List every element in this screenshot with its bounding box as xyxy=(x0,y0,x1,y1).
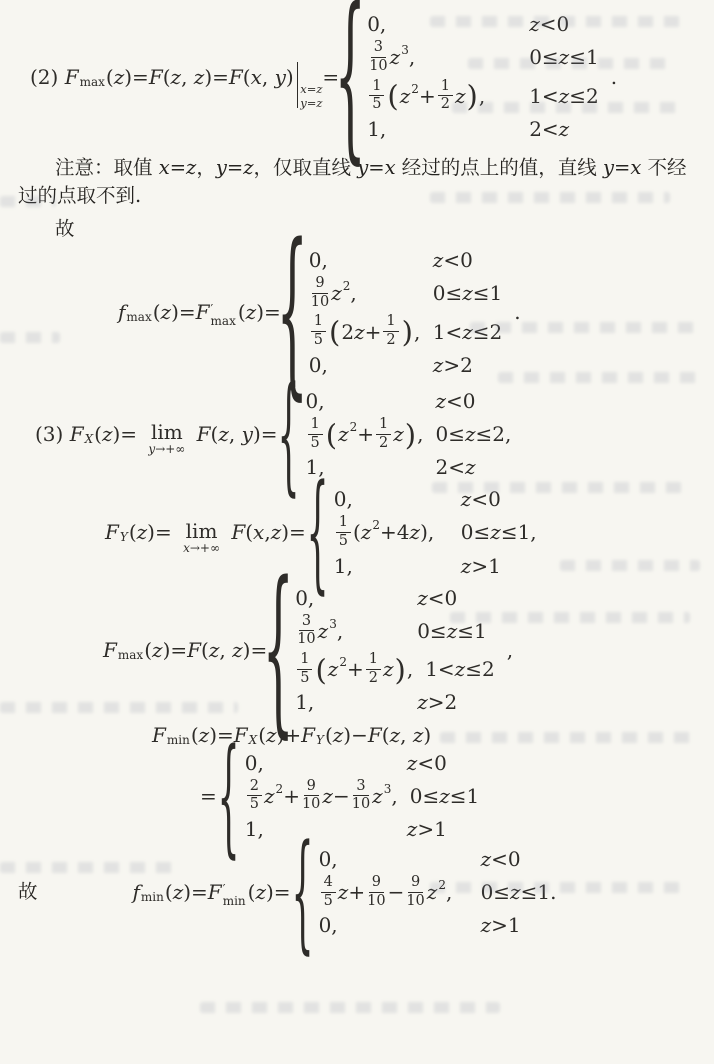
superscript: 2 xyxy=(411,82,419,96)
piecewise-expression: 25z2+910z−310z3, xyxy=(245,779,398,813)
equation-lhs: 注意：取值 x=z，y=z，仅取直线 y=x 经过的点上的值，直线 y=x 不经 xyxy=(55,155,687,181)
piecewise-group: {0,z<015(z2+4z),0≤z≤1,1,z>1 xyxy=(310,485,537,579)
math-text: , xyxy=(407,657,413,681)
math-text: , xyxy=(446,880,452,904)
math-text: z<0 xyxy=(417,586,457,610)
big-paren: ) xyxy=(405,421,416,450)
piecewise-expression: 15(2z+12), xyxy=(309,314,421,348)
subscript: max xyxy=(118,648,143,662)
piecewise-condition: 1<z≤2 xyxy=(425,657,495,681)
equation-tail-punctuation: . xyxy=(611,65,617,89)
piecewise-condition: z<0 xyxy=(529,12,599,36)
subscript: min xyxy=(167,733,190,747)
fraction: 25 xyxy=(247,779,262,813)
math-text: 1, xyxy=(367,117,386,141)
math-text: z xyxy=(338,422,349,446)
big-paren: ( xyxy=(315,656,326,685)
piecewise-row: 0,z>2 xyxy=(309,351,503,379)
math-text: , xyxy=(391,784,397,808)
superscript: 2 xyxy=(350,420,358,434)
math-text: z<0 xyxy=(436,389,476,413)
subscript: Y xyxy=(316,733,324,747)
equation-2-fmax-cdf: (2) Fmax(z)=F(z, z)=F(x, y)x=zy=z={0,z<0… xyxy=(30,10,714,143)
math-text: z<0 xyxy=(529,12,569,36)
math-text: + xyxy=(347,657,364,681)
math-text: F xyxy=(152,723,166,747)
math-text: − xyxy=(388,880,405,904)
big-paren: ) xyxy=(395,656,406,685)
piecewise-rows: 0,z<045z+910−910z2,0≤z≤1.0,z>1 xyxy=(319,845,557,939)
piecewise-expression: 310z3, xyxy=(367,40,517,74)
subscript: Y xyxy=(120,530,128,544)
piecewise-condition: z<0 xyxy=(433,248,503,272)
big-paren: ) xyxy=(402,318,413,347)
math-text: z xyxy=(372,784,383,808)
fraction: 310 xyxy=(352,779,370,813)
big-paren: ( xyxy=(326,421,337,450)
math-text: 0≤z≤1 xyxy=(433,281,503,305)
piecewise-condition: z<0 xyxy=(436,389,512,413)
math-text: 1<z≤2 xyxy=(529,84,599,108)
piecewise-row: 0,z<0 xyxy=(319,845,557,873)
prime-subscript: ′max xyxy=(211,303,236,327)
math-text: z+ xyxy=(338,880,365,904)
piecewise-group: {0,z<045z+910−910z2,0≤z≤1.0,z>1 xyxy=(295,845,557,939)
piecewise-condition: 0≤z≤1 xyxy=(529,45,599,69)
piecewise-expression: 910z2, xyxy=(309,276,421,310)
superscript: 2 xyxy=(438,878,446,892)
math-text: 0, xyxy=(367,12,386,36)
fraction: 15 xyxy=(297,652,312,686)
piecewise-condition: 1<z≤2 xyxy=(433,320,503,344)
equation-fmin-pdf: fmin(z)=F′min(z)={0,z<045z+910−910z2,0≤z… xyxy=(133,845,557,939)
fraction: 12 xyxy=(438,79,453,113)
math-text: z<0 xyxy=(433,248,473,272)
piecewise-expression: 1, xyxy=(245,817,395,841)
fraction: 910 xyxy=(302,779,320,813)
piecewise-expression: 0, xyxy=(319,847,469,871)
piecewise-condition: 1<z≤2 xyxy=(529,84,599,108)
math-text: (z)= xyxy=(94,422,143,446)
piecewise-row: 310z3,0≤z≤1 xyxy=(367,38,599,76)
limit-operator: limx→+∞ xyxy=(183,521,220,555)
piecewise-brace: { xyxy=(343,10,358,143)
piecewise-row: 45z+910−910z2,0≤z≤1. xyxy=(319,873,557,911)
equation-fmax-pdf: fmax(z)=F′max(z)={0,z<0910z2,0≤z≤115(2z+… xyxy=(118,246,714,379)
piecewise-group: {0,z<0310z3,0≤z≤115(z2+12z),1<z≤21,z>2 xyxy=(271,584,495,717)
math-text: z xyxy=(455,84,466,108)
gu-label: 故 xyxy=(18,879,38,905)
math-text: z xyxy=(383,657,394,681)
math-text: 0, xyxy=(319,847,338,871)
math-text: 0, xyxy=(306,389,325,413)
piecewise-condition: z<0 xyxy=(407,751,479,775)
equation-lhs: fmax(z)=F′max(z)= xyxy=(118,300,281,324)
subscript: X xyxy=(249,733,258,747)
piecewise-row: 15(2z+12),1<z≤2 xyxy=(309,312,503,350)
equation-lhs: = xyxy=(200,784,217,808)
piecewise-row: 15(z2+12z),0≤z≤2, xyxy=(306,415,512,453)
math-text: 0≤z≤1. xyxy=(481,880,557,904)
math-text: (z)−F(z, z) xyxy=(325,723,431,747)
piecewise-condition: 0≤z≤2, xyxy=(436,422,512,446)
math-text: 0, xyxy=(334,487,353,511)
math-text: 1, xyxy=(334,554,353,578)
math-text: 0, xyxy=(245,751,264,775)
math-text: (z)=F xyxy=(165,880,222,904)
piecewise-condition: 0≤z≤1 xyxy=(417,619,495,643)
math-text: z− xyxy=(322,784,349,808)
math-text: (2) F xyxy=(30,65,79,89)
piecewise-row: 1,z>2 xyxy=(295,688,495,716)
math-text: +4z), xyxy=(380,520,434,544)
fraction: 15 xyxy=(336,515,351,549)
piecewise-row: 910z2,0≤z≤1 xyxy=(309,274,503,312)
math-text: (3) F xyxy=(35,422,84,446)
subscript: X xyxy=(85,432,94,446)
evaluation-bar: x=zy=z xyxy=(297,62,323,108)
piecewise-condition: z>1 xyxy=(407,817,479,841)
fraction: 15 xyxy=(369,79,384,113)
superscript: 3 xyxy=(384,782,392,796)
equation-fmax-cdf-repeat: Fmax(z)=F(z, z)={0,z<0310z3,0≤z≤115(z2+1… xyxy=(103,584,714,717)
equation-lhs: (3) FX(z)= limy→+∞ F(z, y)= xyxy=(35,417,278,451)
math-text: 0, xyxy=(309,248,328,272)
fraction: 910 xyxy=(406,875,424,909)
math-text: f xyxy=(118,300,125,324)
math-text: z xyxy=(393,422,404,446)
piecewise-condition: z>1 xyxy=(461,554,537,578)
piecewise-rows: 0,z<0910z2,0≤z≤115(2z+12),1<z≤20,z>2 xyxy=(309,246,503,379)
math-text: 0≤z≤1 xyxy=(529,45,599,69)
math-text: 0, xyxy=(319,913,338,937)
superscript: 2 xyxy=(276,782,284,796)
equation-tail-punctuation: , xyxy=(507,638,513,662)
fraction: 45 xyxy=(321,875,336,909)
piecewise-group: {0,z<0310z3,0≤z≤115(z2+12z),1<z≤21,2<z xyxy=(343,10,599,143)
piecewise-row: 1,2<z xyxy=(367,115,599,143)
math-text: 1<z≤2 xyxy=(433,320,503,344)
math-text: 2z+ xyxy=(341,320,381,344)
piecewise-brace: { xyxy=(271,584,286,717)
math-text: , xyxy=(350,281,356,305)
math-text: , xyxy=(409,45,415,69)
piecewise-condition: 0≤z≤1 xyxy=(433,281,503,305)
piecewise-expression: 15(z2+12z), xyxy=(306,417,424,451)
piecewise-rows: 0,z<025z2+910z−310z3,0≤z≤11,z>1 xyxy=(245,749,479,843)
piecewise-condition: 2<z xyxy=(436,455,512,479)
subscript: min xyxy=(141,890,164,904)
equation-3-fx-cdf: (3) FX(z)= limy→+∞ F(z, y)={0,z<015(z2+1… xyxy=(35,387,714,481)
math-text: + xyxy=(419,84,436,108)
piecewise-row: 0,z<0 xyxy=(334,485,537,513)
piecewise-group: {0,z<025z2+910z−310z3,0≤z≤11,z>1 xyxy=(221,749,479,843)
math-text: z xyxy=(427,880,438,904)
piecewise-row: 0,z<0 xyxy=(306,387,512,415)
note-paragraph-line-1: 注意：取值 x=z，y=z，仅取直线 y=x 经过的点上的值，直线 y=x 不经 xyxy=(55,155,714,181)
equation-lhs: Fmax(z)=F(z, z)= xyxy=(103,638,267,662)
math-text: z>1 xyxy=(407,817,447,841)
math-text: f xyxy=(133,880,140,904)
piecewise-rows: 0,z<015(z2+4z),0≤z≤1,1,z>1 xyxy=(334,485,537,579)
math-text: 1, xyxy=(245,817,264,841)
piecewise-condition: 2<z xyxy=(529,117,599,141)
piecewise-condition: 0≤z≤1 xyxy=(410,784,480,808)
math-text: 过的点取不到. xyxy=(18,183,141,209)
prime-subscript: ′min xyxy=(223,883,246,907)
piecewise-row: 1,z>1 xyxy=(334,552,537,580)
piecewise-expression: 310z3, xyxy=(295,614,405,648)
fraction: 310 xyxy=(297,614,315,648)
big-paren: ( xyxy=(387,82,398,111)
fraction: 310 xyxy=(369,40,387,74)
piecewise-condition: z>2 xyxy=(433,353,503,377)
piecewise-expression: 45z+910−910z2, xyxy=(319,875,469,909)
equation-fmin-piecewise: ={0,z<025z2+910z−310z3,0≤z≤11,z>1 xyxy=(200,749,714,843)
piecewise-group: {0,z<0910z2,0≤z≤115(2z+12),1<z≤20,z>2 xyxy=(285,246,503,379)
piecewise-expression: 15(z2+12z), xyxy=(295,652,413,686)
piecewise-row: 310z3,0≤z≤1 xyxy=(295,612,495,650)
fraction: 12 xyxy=(366,652,381,686)
math-text: F(x,z)= xyxy=(225,520,306,544)
fraction: 12 xyxy=(376,417,391,451)
subscript: max xyxy=(126,310,151,324)
piecewise-expression: 0, xyxy=(319,913,469,937)
fraction: 15 xyxy=(311,314,326,348)
piecewise-row: 0,z<0 xyxy=(309,246,503,274)
math-text: F xyxy=(105,520,119,544)
piecewise-expression: 15(z2+12z), xyxy=(367,79,517,113)
math-text: z>2 xyxy=(433,353,473,377)
superscript: 2 xyxy=(372,518,380,532)
piecewise-brace: { xyxy=(221,749,236,843)
superscript: 3 xyxy=(329,617,337,631)
equation-lhs: 过的点取不到. xyxy=(18,183,141,209)
piecewise-row: 0,z<0 xyxy=(367,10,599,38)
piecewise-condition: z<0 xyxy=(417,586,495,610)
math-text: z xyxy=(318,619,329,643)
math-text: + xyxy=(357,422,374,446)
math-text: 2<z xyxy=(529,117,569,141)
piecewise-expression: 0, xyxy=(367,12,517,36)
math-text: z>2 xyxy=(417,690,457,714)
subscript: max xyxy=(80,75,105,89)
textbook-page: (2) Fmax(z)=F(z, z)=F(x, y)x=zy=z={0,z<0… xyxy=(0,0,714,1064)
piecewise-brace: { xyxy=(295,845,310,939)
fraction: 910 xyxy=(367,875,385,909)
math-text: 0≤z≤1, xyxy=(461,520,537,544)
limit-operator: limy→+∞ xyxy=(148,422,185,456)
piecewise-row: 15(z2+4z),0≤z≤1, xyxy=(334,513,537,551)
math-text: F(z, y)= xyxy=(190,422,277,446)
fraction: 15 xyxy=(308,417,323,451)
piecewise-condition: 0≤z≤1, xyxy=(461,520,537,544)
math-text: z>1 xyxy=(461,554,501,578)
fraction: 910 xyxy=(311,276,329,310)
math-text: 2<z xyxy=(436,455,476,479)
piecewise-expression: 0, xyxy=(306,389,424,413)
equation-fy-cdf: FY(z)= limx→+∞ F(x,z)={0,z<015(z2+4z),0≤… xyxy=(105,485,714,579)
math-text: 0, xyxy=(309,353,328,377)
piecewise-row: 0,z>1 xyxy=(319,911,557,939)
math-text: F xyxy=(103,638,117,662)
piecewise-expression: 1, xyxy=(334,554,449,578)
math-text: z<0 xyxy=(461,487,501,511)
bleedthrough-mark xyxy=(200,1002,500,1013)
math-text: 0≤z≤1 xyxy=(410,784,480,808)
piecewise-expression: 0, xyxy=(334,487,449,511)
superscript: 3 xyxy=(401,43,409,57)
math-text: z xyxy=(390,45,401,69)
piecewise-condition: z>2 xyxy=(417,690,495,714)
math-text: z xyxy=(264,784,275,808)
math-text: = xyxy=(200,784,217,808)
math-text: (z)= xyxy=(238,300,281,324)
piecewise-expression: 1, xyxy=(367,117,517,141)
equation-tail-punctuation: . xyxy=(514,300,520,324)
piecewise-row: 25z2+910z−310z3,0≤z≤1 xyxy=(245,777,479,815)
big-paren: ( xyxy=(329,318,340,347)
equation-lhs: (2) Fmax(z)=F(z, z)=F(x, y)x=zy=z= xyxy=(30,54,339,100)
math-text: (z)= xyxy=(248,880,291,904)
piecewise-rows: 0,z<015(z2+12z),0≤z≤2,1,2<z xyxy=(306,387,512,481)
superscript: 2 xyxy=(343,279,351,293)
math-text: + xyxy=(283,784,300,808)
math-text: z<0 xyxy=(481,847,521,871)
piecewise-condition: 0≤z≤1. xyxy=(481,880,557,904)
math-text: 注意：取值 x=z，y=z，仅取直线 y=x 经过的点上的值，直线 y=x 不经 xyxy=(55,155,687,181)
math-text: z<0 xyxy=(407,751,447,775)
math-text: 0≤z≤1 xyxy=(417,619,487,643)
gu-label: 故 xyxy=(55,216,714,242)
math-text: 1<z≤2 xyxy=(425,657,495,681)
note-paragraph-line-2: 过的点取不到. xyxy=(18,183,714,209)
math-text: , xyxy=(414,320,420,344)
math-text: (z)=F(z, z)= xyxy=(144,638,267,662)
math-text: (z)=F xyxy=(153,300,210,324)
piecewise-expression: 0, xyxy=(309,248,421,272)
fraction: 12 xyxy=(383,314,398,348)
piecewise-row: 1,z>1 xyxy=(245,815,479,843)
math-text: z>1 xyxy=(481,913,521,937)
math-text: z xyxy=(400,84,411,108)
piecewise-brace: { xyxy=(282,387,297,481)
piecewise-condition: z>1 xyxy=(481,913,557,937)
piecewise-row: 15(z2+12z),1<z≤2 xyxy=(367,77,599,115)
piecewise-row: 15(z2+12z),1<z≤2 xyxy=(295,650,495,688)
math-text: 0≤z≤2, xyxy=(436,422,512,446)
bleedthrough-mark xyxy=(0,332,60,343)
piecewise-expression: 1, xyxy=(295,690,405,714)
piecewise-condition: z<0 xyxy=(481,847,557,871)
piecewise-condition: z<0 xyxy=(461,487,537,511)
math-text: z xyxy=(328,657,339,681)
math-text: , xyxy=(417,422,423,446)
superscript: 2 xyxy=(339,655,347,669)
math-text: 1, xyxy=(295,690,314,714)
piecewise-expression: 0, xyxy=(309,353,421,377)
math-text: (z xyxy=(353,520,371,544)
equation-lhs: fmin(z)=F′min(z)= xyxy=(133,880,291,904)
piecewise-brace: { xyxy=(310,485,325,579)
piecewise-row: 1,2<z xyxy=(306,453,512,481)
math-text: (z)=F(z, z)=F(x, y) xyxy=(106,65,294,89)
math-text: , xyxy=(337,619,343,643)
equation-fmin-pdf-line: 故 fmin(z)=F′min(z)={0,z<045z+910−910z2,0… xyxy=(18,845,714,939)
math-text: z xyxy=(331,281,342,305)
piecewise-rows: 0,z<0310z3,0≤z≤115(z2+12z),1<z≤21,2<z xyxy=(367,10,599,143)
big-paren: ) xyxy=(466,82,477,111)
math-text: , xyxy=(479,84,485,108)
math-text: (z)= xyxy=(129,520,178,544)
piecewise-expression: 15(z2+4z), xyxy=(334,515,449,549)
